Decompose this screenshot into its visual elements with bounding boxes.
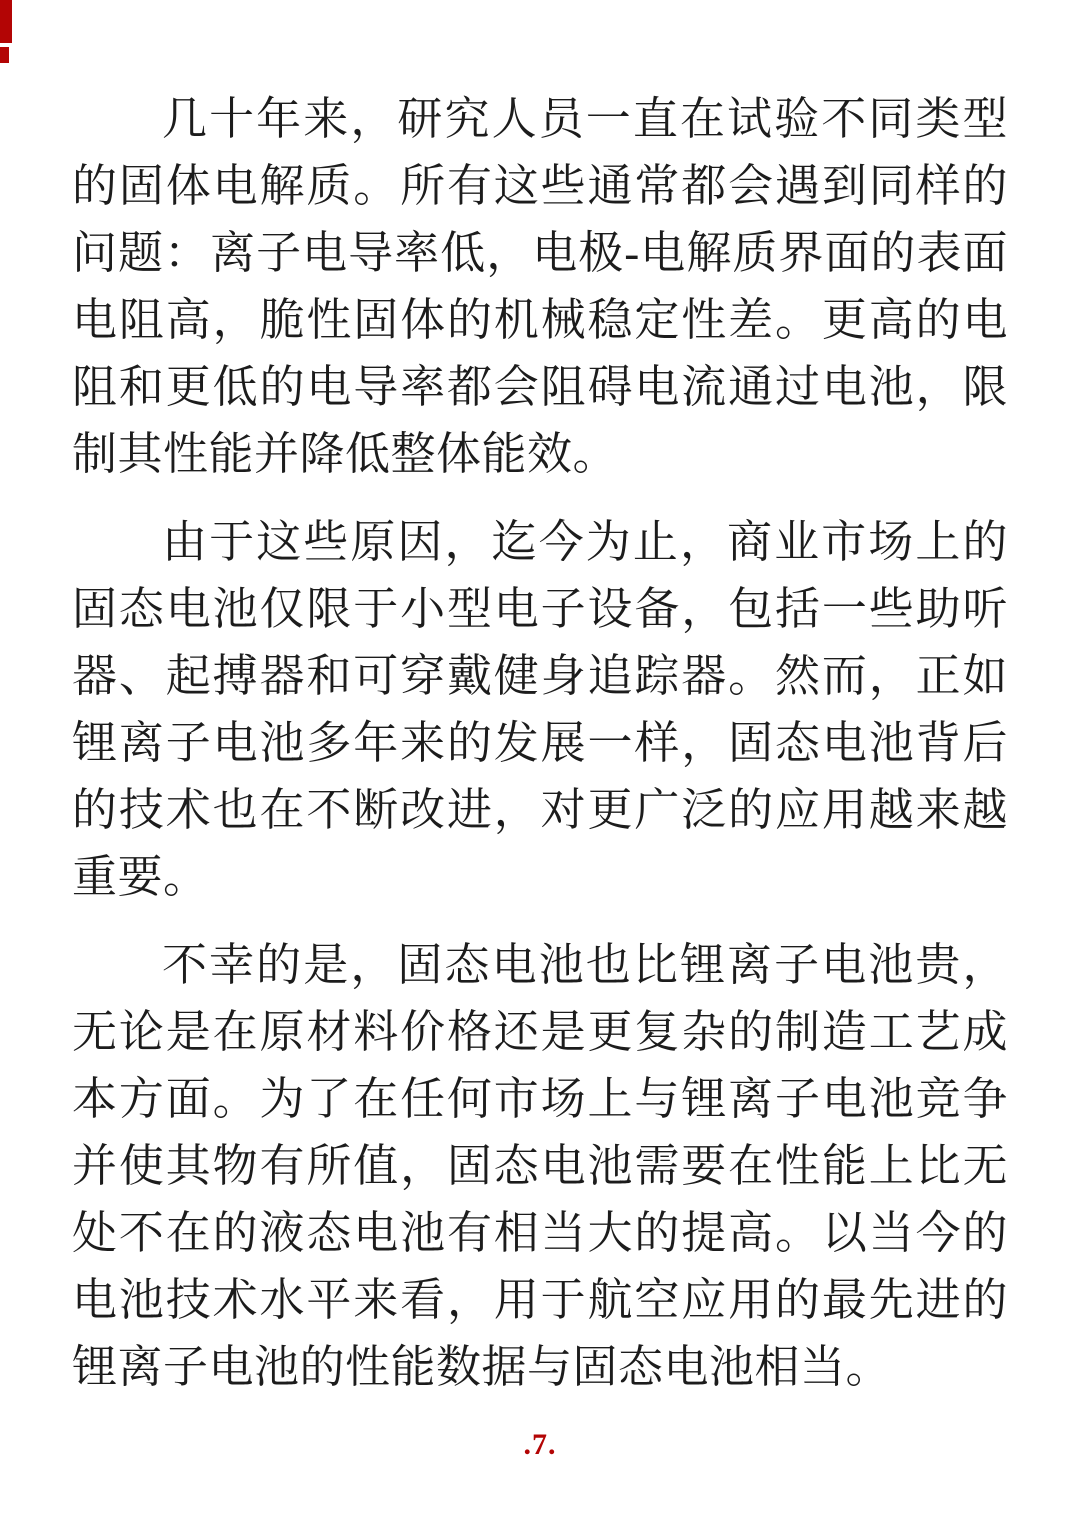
cropped-red-glyph-icon: [0, 0, 14, 64]
article-body: 几十年来，研究人员一直在试验不同类型的固体电解质。所有这些通常都会遇到同样的问题…: [72, 86, 1008, 1422]
paragraph-solid-electrolyte-problems: 几十年来，研究人员一直在试验不同类型的固体电解质。所有这些通常都会遇到同样的问题…: [72, 86, 1008, 488]
cropped-red-glyph-lower-stroke: [0, 47, 9, 63]
paragraph-cost-and-performance: 不幸的是，固态电池也比锂离子电池贵，无论是在原材料价格还是更复杂的制造工艺成本方…: [72, 932, 1008, 1401]
cropped-red-glyph-upper-stroke: [0, 0, 12, 43]
document-page: 几十年来，研究人员一直在试验不同类型的固体电解质。所有这些通常都会遇到同样的问题…: [0, 0, 1080, 1527]
page-number: .7.: [0, 1428, 1080, 1462]
paragraph-commercial-limitations: 由于这些原因，迄今为止，商业市场上的固态电池仅限于小型电子设备，包括一些助听器、…: [72, 509, 1008, 911]
